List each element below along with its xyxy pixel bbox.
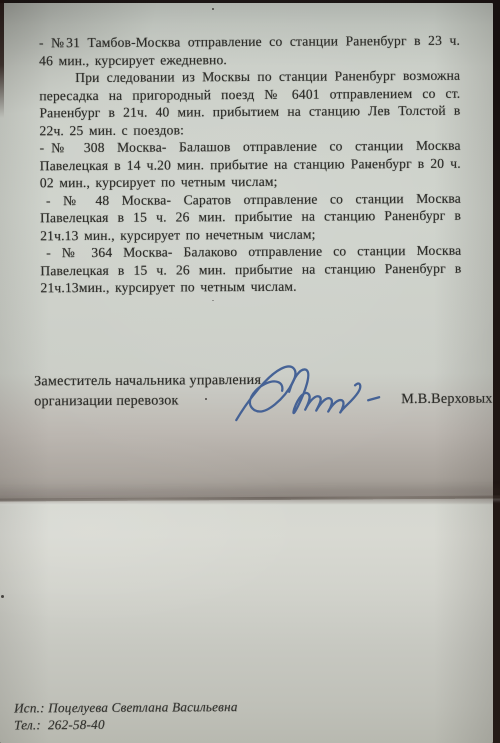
footer-block: Исп.: Поцелуева Светлана Васильевна Тел.… <box>14 699 238 734</box>
footer-phone: Тел.: 262-58-40 <box>14 716 238 734</box>
paragraph-train-308: -№ 308 Москва- Балашов отправление со ст… <box>40 137 461 192</box>
handwritten-signature-ink <box>231 359 381 435</box>
paragraph-transfer-info: При следовании из Москвы по станции Ране… <box>39 67 460 140</box>
signer-name: М.В.Верховых <box>401 391 493 409</box>
body-text: - №31 Тамбов-Москва отправление со станц… <box>39 32 462 297</box>
document-content: - №31 Тамбов-Москва отправление со станц… <box>0 0 500 743</box>
footer-executor: Исп.: Поцелуева Светлана Васильевна <box>14 699 238 717</box>
document-photo: - №31 Тамбов-Москва отправление со станц… <box>0 0 500 743</box>
paragraph-train-364: - № 364 Москва- Балаково отправление со … <box>40 242 461 297</box>
paragraph-train-31: - №31 Тамбов-Москва отправление со станц… <box>39 32 460 70</box>
paragraph-train-48: - № 48 Москва- Саратов отправление со ст… <box>40 189 461 244</box>
